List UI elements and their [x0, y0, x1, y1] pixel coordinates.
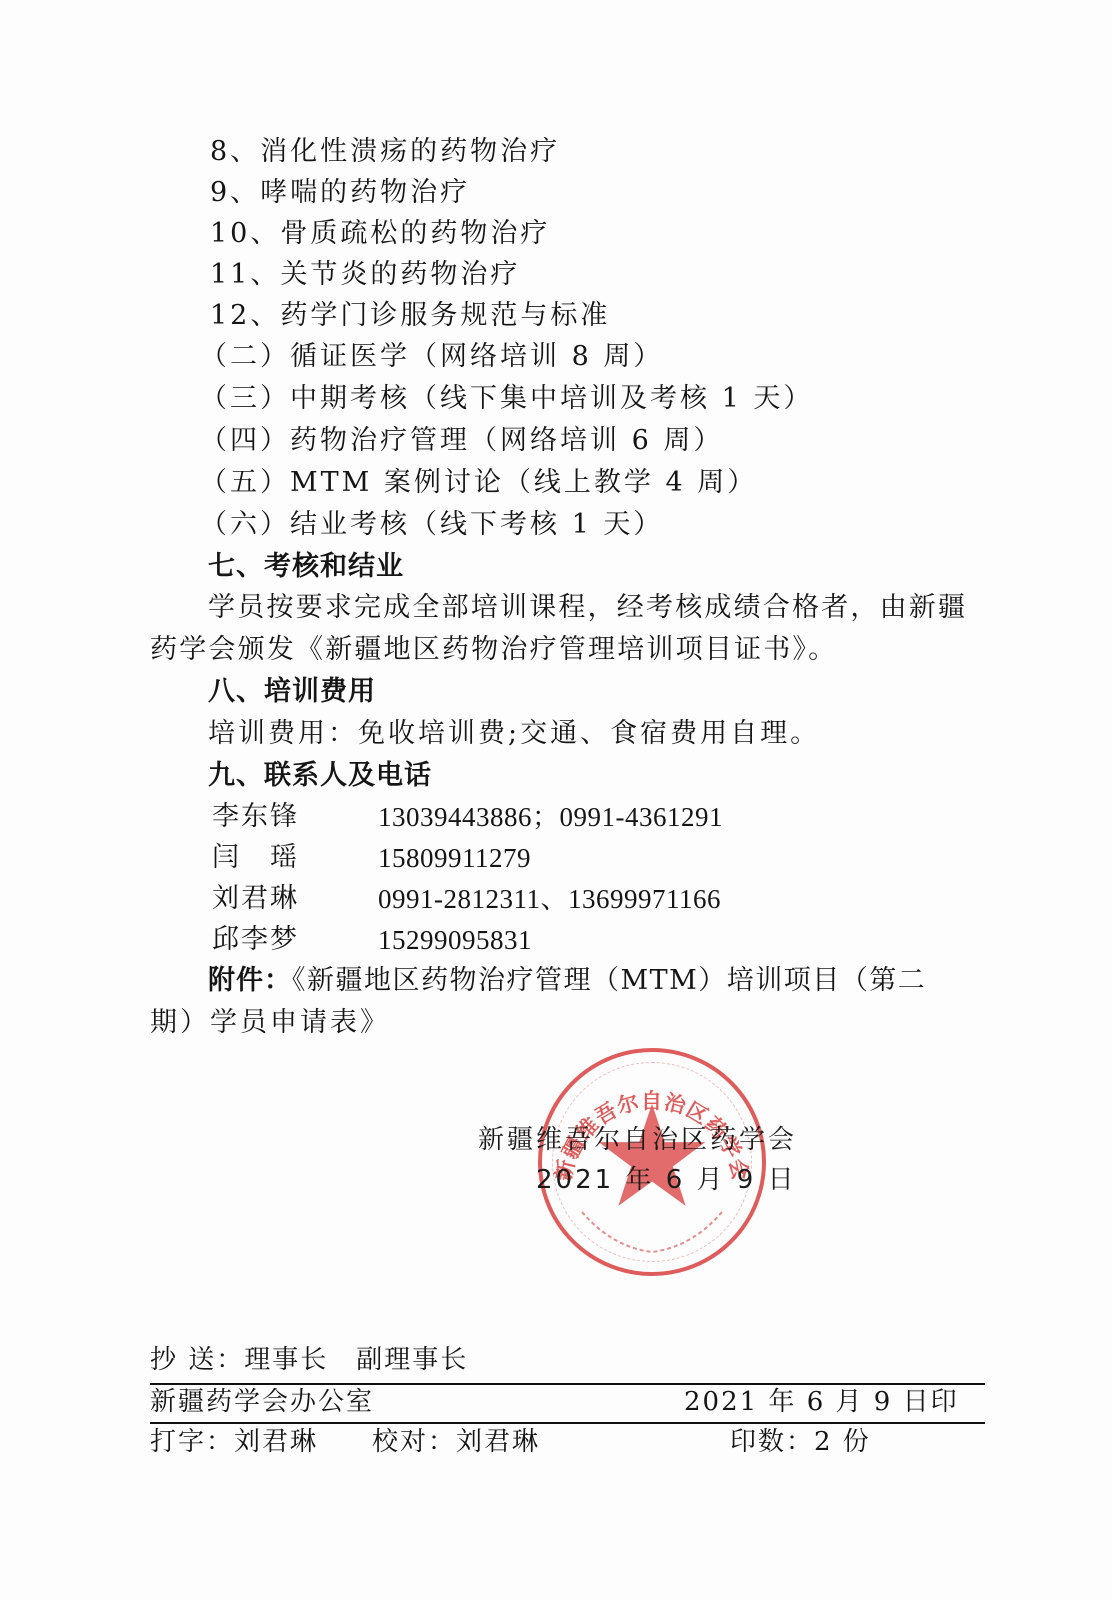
section-heading-fees: 八、培训费用 [208, 675, 376, 709]
section-heading-contacts: 九、联系人及电话 [208, 759, 432, 793]
course-item: 9、哮喘的药物治疗 [210, 176, 470, 210]
fees-text: 培训费用：免收培训费;交通、食宿费用自理。 [208, 717, 820, 751]
star-icon [594, 1098, 710, 1214]
course-item: 11、关节炎的药物治疗 [210, 258, 520, 292]
attachment-label: 附件： [208, 965, 292, 996]
contact-name: 闫 瑶 [212, 841, 299, 875]
course-item: 12、药学门诊服务规范与标准 [210, 299, 610, 333]
attachment-line: 附件：《新疆地区药物治疗管理（MTM）培训项目（第二 [208, 964, 926, 998]
signature-organization: 新疆维吾尔自治区药学会 [478, 1124, 797, 1156]
assessment-paragraph: 药学会颁发《新疆地区药物治疗管理培训项目证书》。 [150, 633, 837, 667]
proofreader: 校对：刘君琳 [372, 1426, 540, 1458]
module-item: （五）MTM 案例讨论（线上教学 4 周） [200, 466, 757, 500]
contact-name: 李东锋 [212, 800, 299, 834]
official-seal: 新疆维吾尔自治区药学会 [538, 1048, 766, 1276]
typist: 打字：刘君琳 [150, 1426, 318, 1458]
issuing-office: 新疆药学会办公室 [150, 1386, 374, 1418]
footer-divider [150, 1383, 985, 1385]
contact-phone: 13039443886；0991-4361291 [378, 800, 723, 834]
course-item: 10、骨质疏松的药物治疗 [210, 217, 550, 251]
footer-divider [150, 1422, 985, 1424]
course-item: 8、消化性溃疡的药物治疗 [210, 135, 560, 169]
attachment-line-2: 期）学员申请表》 [150, 1006, 390, 1040]
contact-phone: 15299095831 [378, 923, 532, 957]
signature-date: 2021 年 6 月 9 日 [536, 1164, 797, 1196]
section-heading-assessment: 七、考核和结业 [208, 550, 404, 584]
cc-line: 抄 送：理事长 副理事长 [150, 1344, 468, 1376]
print-copies: 印数：2 份 [730, 1426, 871, 1458]
module-item: （二）循证医学（网络培训 8 周） [200, 340, 663, 374]
contact-name: 邱李梦 [212, 923, 299, 957]
attachment-title: 《新疆地区药物治疗管理（MTM）培训项目（第二 [292, 965, 926, 996]
document-page: 8、消化性溃疡的药物治疗 9、哮喘的药物治疗 10、骨质疏松的药物治疗 11、关… [0, 0, 1112, 1600]
contact-name: 刘君琳 [212, 882, 299, 916]
module-item: （三）中期考核（线下集中培训及考核 1 天） [200, 382, 813, 416]
contact-phone: 0991-2812311、13699971166 [378, 882, 721, 916]
module-item: （六）结业考核（线下考核 1 天） [200, 508, 663, 542]
assessment-paragraph: 学员按要求完成全部培训课程，经考核成绩合格者，由新疆 [208, 591, 967, 625]
module-item: （四）药物治疗管理（网络培训 6 周） [200, 424, 723, 458]
print-date: 2021 年 6 月 9 日印 [684, 1386, 959, 1418]
contact-phone: 15809911279 [378, 841, 531, 875]
